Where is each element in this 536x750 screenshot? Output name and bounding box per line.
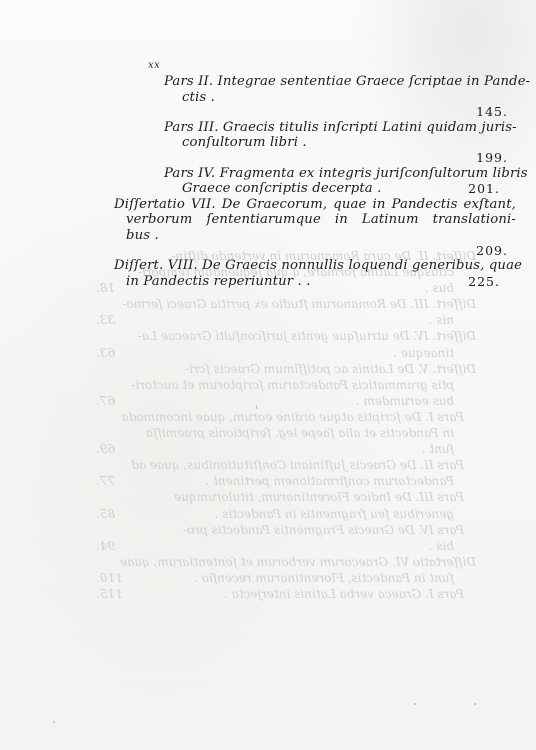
toc-entry-line: Pars II. Integrae sententiae Graece ſcri… xyxy=(114,74,516,90)
show-through-page-number: 67. xyxy=(96,393,115,409)
show-through-page-number: 94. xyxy=(96,538,115,554)
toc-entry: Diſſertatio VII. De Graecorum, quae in P… xyxy=(114,197,516,258)
show-through-line: Pars I. Graeca verba Latinis interjecta … xyxy=(96,586,476,602)
show-through-line-text: nis . xyxy=(429,312,454,328)
toc-entry-line: Diſſert. VIII. De Graecis nonnullis loqu… xyxy=(114,258,516,274)
show-through-line: nis .33. xyxy=(96,312,476,328)
show-through-line-text: tinaeque . xyxy=(393,345,454,361)
toc-entry: Pars III. Graecis titulis inſcripti Lati… xyxy=(114,120,516,166)
show-through-line: ſunt in Pandectis, Florentinarum recenſi… xyxy=(96,570,476,586)
show-through-line-text: Diſſertatio VI. Graecorum verborum et ſe… xyxy=(120,554,476,570)
show-through-page-number: 110. xyxy=(96,570,123,586)
toc-entry-line: in Pandectis reperiuntur . . xyxy=(114,274,516,290)
show-through-line-text: bus earumdem . xyxy=(356,393,454,409)
show-through-line: Pandectarum confirmationem pertinent .77… xyxy=(96,473,476,489)
toc-entry-line: Pars III. Graecis titulis inſcripti Lati… xyxy=(114,120,516,136)
show-through-line-text: Pars I. Graeca verba Latinis interjecta … xyxy=(224,586,464,602)
toc-entry: Diſſert. VIII. De Graecis nonnullis loqu… xyxy=(114,258,516,289)
show-through-page-number: 33. xyxy=(96,312,115,328)
show-through-line-text: ſunt in Pandectis, Florentinarum recenſi… xyxy=(194,570,454,586)
show-through-line: Diſſertatio VI. Graecorum verborum et ſe… xyxy=(96,554,476,570)
paper-speck xyxy=(53,721,55,723)
show-through-line-text: Diſſert. III. De Romanorum ſtudio ex per… xyxy=(122,296,476,312)
show-through-page-number: 18. xyxy=(96,280,115,296)
show-through-line: Diſſert. IV. De utriuſque gentis juriſco… xyxy=(96,328,476,344)
toc-entry-line: verborum ſententiarumque in Latinum tran… xyxy=(114,212,516,228)
paper-speck xyxy=(256,405,257,409)
book-page: Diſſert. II. De cura Romanorum in verten… xyxy=(0,0,536,750)
show-through-line: bis .94. xyxy=(96,538,476,554)
show-through-text: Diſſert. II. De cura Romanorum in verten… xyxy=(96,248,476,602)
show-through-line: Pars IV. De Graecis Fragmentis Pandectis… xyxy=(96,522,476,538)
show-through-line-text: Pars III. De Indice Florentinarum, titul… xyxy=(174,489,464,505)
toc-entry: Pars II. Integrae sententiae Graece ſcri… xyxy=(114,74,516,120)
show-through-line-text: ptis grammaticis Pandectarum ſcriptorum … xyxy=(131,377,454,393)
toc-page-number: 209. xyxy=(114,243,516,259)
show-through-line-text: Diſſert. V. De Latinis ac potiſſimum Gra… xyxy=(185,361,476,377)
show-through-line: ptis grammaticis Pandectarum ſcriptorum … xyxy=(96,377,476,393)
show-through-line-text: generibus ſeu fragmentis in Pandectis . xyxy=(215,506,454,522)
show-through-line-text: in Pandectis et alia ſaepe leg. ſeriptio… xyxy=(146,425,454,441)
table-of-contents: Pars II. Integrae sententiae Graece ſcri… xyxy=(114,74,516,289)
toc-entry-line: Pars IV. Fragmenta ex integris juriſconſ… xyxy=(114,166,516,182)
show-through-page-number: 77. xyxy=(96,473,115,489)
show-through-line-text: Diſſert. IV. De utriuſque gentis juriſco… xyxy=(138,328,476,344)
show-through-line-text: Pars II. De Graecis Juſtiniani Conſtitut… xyxy=(131,457,464,473)
show-through-line-text: Pars I. De ſcriptis atque ordine eorum, … xyxy=(122,409,464,425)
page-folio: xx xyxy=(148,60,160,71)
show-through-page-number: 63. xyxy=(96,345,115,361)
toc-page-number: 225. xyxy=(468,274,508,290)
toc-entry-line: Graece conſcriptis decerpta . xyxy=(114,181,516,197)
show-through-line-text: Pandectarum confirmationem pertinent . xyxy=(205,473,454,489)
toc-entry-line: ctis . xyxy=(114,90,516,106)
show-through-line: Diſſert. III. De Romanorum ſtudio ex per… xyxy=(96,296,476,312)
show-through-line: ſunt .69. xyxy=(96,441,476,457)
show-through-line: in Pandectis et alia ſaepe leg. ſeriptio… xyxy=(96,425,476,441)
toc-page-number: 199. xyxy=(114,150,516,166)
paper-speck xyxy=(474,703,476,705)
show-through-line: bus earumdem .67. xyxy=(96,393,476,409)
show-through-line-text: Pars IV. De Graecis Fragmentis Pandectis… xyxy=(183,522,464,538)
toc-entry-line: Diſſertatio VII. De Graecorum, quae in P… xyxy=(114,197,516,213)
toc-entry-line: conſultorum libri . xyxy=(114,135,516,151)
show-through-page-number: 85. xyxy=(96,506,115,522)
toc-entry: Pars IV. Fragmenta ex integris juriſconſ… xyxy=(114,166,516,197)
show-through-line: generibus ſeu fragmentis in Pandectis .8… xyxy=(96,506,476,522)
show-through-page-number: 115. xyxy=(96,586,123,602)
toc-page-number: 145. xyxy=(114,104,516,120)
toc-entry-line: bus . xyxy=(114,228,516,244)
show-through-line: Pars I. De ſcriptis atque ordine eorum, … xyxy=(96,409,476,425)
toc-page-number: 201. xyxy=(468,181,508,197)
show-through-line: Pars II. De Graecis Juſtiniani Conſtitut… xyxy=(96,457,476,473)
show-through-line-text: bis . xyxy=(429,538,454,554)
show-through-line: Diſſert. V. De Latinis ac potiſſimum Gra… xyxy=(96,361,476,377)
paper-speck xyxy=(414,703,416,705)
show-through-page-number: 69. xyxy=(96,441,115,457)
show-through-line: Pars III. De Indice Florentinarum, titul… xyxy=(96,489,476,505)
show-through-line: tinaeque .63. xyxy=(96,345,476,361)
show-through-line-text: ſunt . xyxy=(422,441,454,457)
